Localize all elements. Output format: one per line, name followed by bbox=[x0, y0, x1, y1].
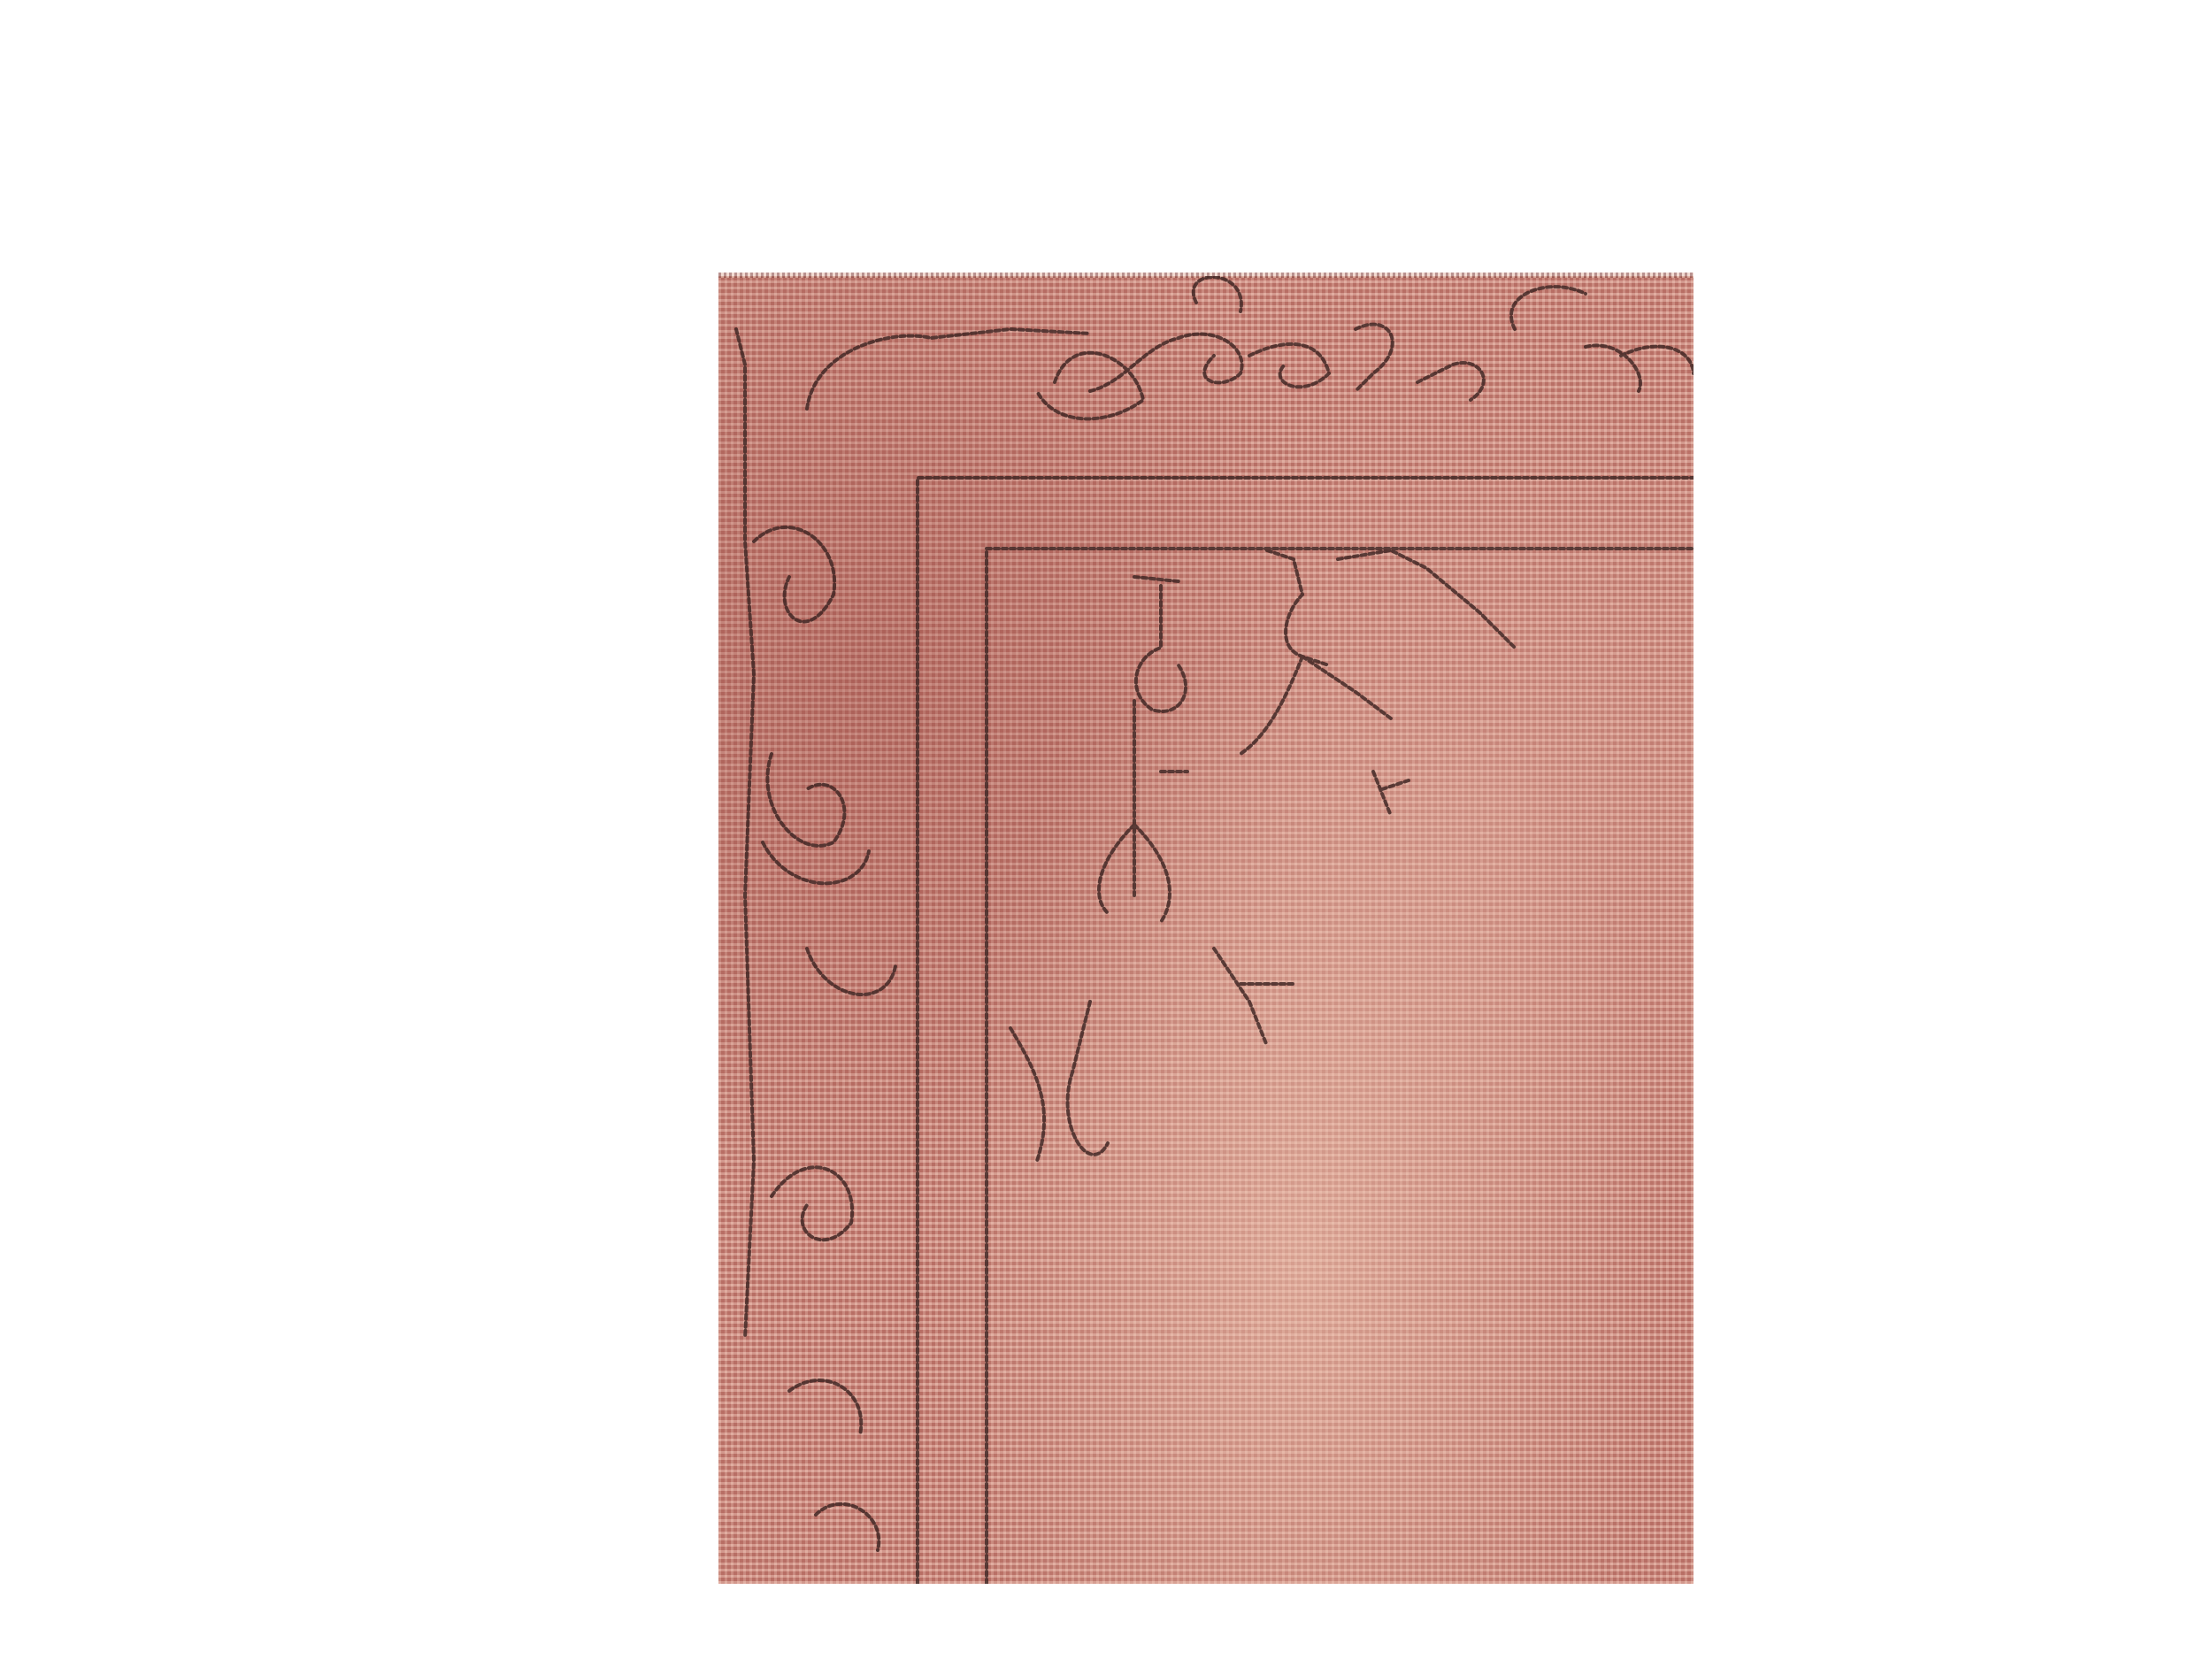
outer-border-line bbox=[918, 478, 1694, 1584]
border-scroll bbox=[1194, 277, 1329, 387]
border-scroll bbox=[1511, 287, 1640, 391]
field-motif bbox=[1134, 577, 1186, 711]
border-scroll bbox=[1037, 353, 1143, 419]
field-motif bbox=[1068, 1002, 1108, 1155]
border-scroll bbox=[754, 527, 834, 622]
rug bbox=[718, 276, 1694, 1584]
field-motif bbox=[1373, 772, 1409, 816]
border-scroll bbox=[736, 329, 754, 1338]
border-scroll bbox=[1356, 325, 1484, 400]
field-motif bbox=[1338, 550, 1515, 648]
field-motif bbox=[1214, 949, 1294, 1046]
border-scroll bbox=[772, 1167, 852, 1240]
rug-pattern bbox=[718, 276, 1694, 1584]
border-scroll bbox=[816, 1504, 879, 1550]
border-scroll bbox=[763, 842, 869, 883]
field-motif bbox=[1099, 701, 1187, 922]
border-scroll bbox=[807, 329, 1090, 409]
border-scroll bbox=[807, 949, 895, 995]
border-scroll bbox=[789, 1380, 861, 1435]
field-motif bbox=[1240, 550, 1391, 754]
border-scroll bbox=[767, 754, 844, 846]
inner-border-line bbox=[987, 549, 1694, 1584]
border-scroll bbox=[1090, 334, 1242, 391]
field-motif bbox=[1010, 1028, 1044, 1161]
